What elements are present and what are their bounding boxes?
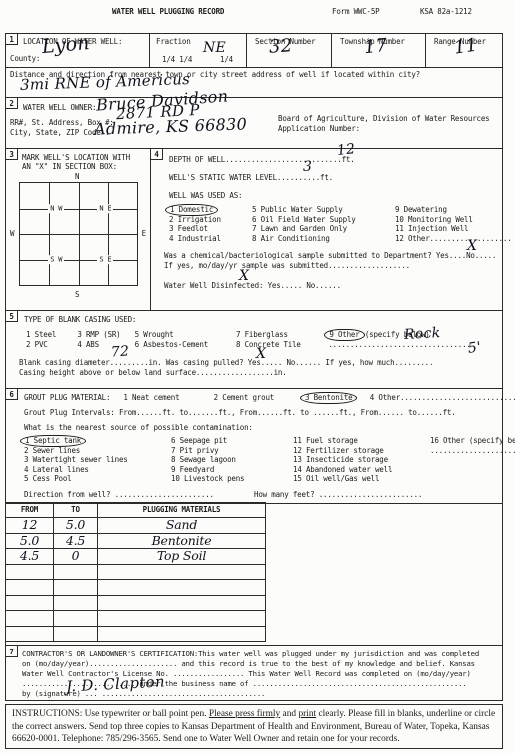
owner-label: WATER WELL OWNER: bbox=[23, 103, 96, 113]
casing-option: 6 Asbestos-Cement bbox=[135, 340, 232, 350]
casing-other-dots: ................................. bbox=[328, 340, 470, 349]
well-use-option: 2 Irrigation bbox=[169, 215, 252, 225]
casing-option: 1 Steel bbox=[26, 330, 73, 340]
section-6-number: 6 bbox=[6, 389, 18, 400]
plugging-materials-table: FROM TO PLUGGING MATERIALS 12 5.0 Sand 5… bbox=[5, 502, 266, 642]
form-statute: KSA 82a-1212 bbox=[420, 7, 472, 17]
signature-value: J. D. Clapton bbox=[66, 676, 165, 691]
contamination-other-dots: ........................ bbox=[430, 446, 515, 456]
contamination-option: 8 Sewage lagoon bbox=[171, 455, 293, 465]
section-number-value: 32 bbox=[269, 41, 293, 52]
to-cell bbox=[54, 595, 98, 611]
well-use-option: 1 Domestic bbox=[169, 205, 252, 215]
table-row: 4.5 0 Top Soil bbox=[6, 549, 266, 565]
to-cell bbox=[54, 580, 98, 596]
casing-diameter-value: 72 bbox=[111, 347, 130, 358]
from-cell: 4.5 bbox=[6, 549, 54, 565]
casing-options-row1: 1 Steel 3 RMP (SR) 5 Wrought 7 Fiberglas… bbox=[26, 330, 430, 340]
compass-east-label: E bbox=[142, 229, 146, 239]
contamination-option: 9 Feedyard bbox=[171, 465, 293, 475]
county-label: County: bbox=[10, 54, 40, 64]
casing-option: 8 Concrete Tile bbox=[236, 340, 324, 350]
casing-diameter-line: Blank casing diameter.........in. Was ca… bbox=[19, 358, 433, 368]
material-cell bbox=[98, 580, 266, 596]
compass-south-label: S bbox=[75, 290, 79, 300]
grout-option-bentonite-circled: 3 Bentonite bbox=[300, 392, 357, 404]
plugging-table-area: FROM TO PLUGGING MATERIALS 12 5.0 Sand 5… bbox=[5, 503, 503, 646]
well-use-option: 6 Oil Field Water Supply bbox=[252, 215, 395, 225]
table-row bbox=[6, 580, 266, 596]
table-header-from: FROM bbox=[6, 503, 54, 518]
material-cell bbox=[98, 626, 266, 642]
contamination-option: 2 Sewer lines bbox=[24, 446, 171, 456]
instructions-text-1: INSTRUCTIONS: Use typewriter or ball poi… bbox=[12, 709, 209, 719]
water-well-plugging-record-form: WATER WELL PLUGGING RECORD Form WWC-5P K… bbox=[0, 0, 515, 753]
contamination-option: 4 Lateral lines bbox=[24, 465, 171, 475]
grid-ne-label: N E bbox=[97, 204, 113, 214]
material-cell bbox=[98, 564, 266, 580]
fraction-post: 1/4 bbox=[220, 55, 233, 65]
section-3-number: 3 bbox=[6, 149, 18, 160]
from-cell bbox=[6, 595, 54, 611]
grout-option: 2 Cement grout bbox=[214, 393, 300, 403]
casing-pulled-amount-value: 5' bbox=[467, 343, 482, 354]
well-use-option: 7 Lawn and Garden Only bbox=[252, 224, 395, 234]
grid-se-label: S E bbox=[97, 255, 113, 265]
instructions-underline-2: print bbox=[298, 709, 316, 719]
from-cell: 5.0 bbox=[6, 533, 54, 549]
contamination-option: 3 Watertight sewer lines bbox=[24, 455, 171, 465]
disinfected-yes-x-mark: X bbox=[239, 272, 249, 282]
grid-sw-label: S W bbox=[48, 255, 64, 265]
certification-line-1: CONTRACTOR'S OR LANDOWNER'S CERTIFICATIO… bbox=[22, 649, 500, 659]
table-row bbox=[6, 611, 266, 627]
range-number-value: 11 bbox=[453, 40, 478, 53]
section-4-well-details: 4 DEPTH OF WELL.........................… bbox=[150, 148, 503, 311]
casing-option: 7 Fiberglass bbox=[236, 330, 324, 340]
well-use-option: 11 Injection Well bbox=[395, 224, 512, 234]
casing-height-line: Casing height above or below land surfac… bbox=[19, 368, 287, 378]
distance-value: 3mi RNE of Americus bbox=[20, 75, 190, 90]
form-number: Form WWC-5P bbox=[332, 7, 379, 17]
form-title: WATER WELL PLUGGING RECORD bbox=[112, 7, 224, 17]
section-1-location: 1 LOCATION OF WATER WELL: County: Lyon F… bbox=[5, 33, 503, 98]
grout-intervals-line: Grout Plug Intervals: From......ft. to..… bbox=[24, 408, 456, 418]
certification-line-2: on (mo/day/year)..................... an… bbox=[22, 659, 500, 669]
well-use-option: 4 Industrial bbox=[169, 234, 252, 244]
contamination-option: 10 Livestock pens bbox=[171, 474, 293, 484]
sample-no-x-mark: X bbox=[467, 242, 477, 252]
disinfected-label: Water Well Disinfected: Yes..... No.....… bbox=[164, 281, 341, 291]
compass-north-label: N bbox=[75, 172, 79, 182]
casing-title: TYPE OF BLANK CASING USED: bbox=[24, 315, 136, 325]
contamination-question: What is the nearest source of possible c… bbox=[24, 423, 253, 433]
section-1-number: 1 bbox=[6, 34, 18, 45]
section-grid: N W N E S W S E bbox=[19, 182, 138, 286]
well-use-options: 1 Domestic 2 Irrigation 3 Feedlot 4 Indu… bbox=[169, 205, 512, 243]
sample-question-line2: If yes, mo/day/yr sample was submitted..… bbox=[164, 261, 410, 271]
to-cell: 4.5 bbox=[54, 533, 98, 549]
distance-row: Distance and direction from nearest town… bbox=[6, 68, 502, 97]
casing-option-other-circled: 9 Other bbox=[324, 329, 364, 341]
section-7-number: 7 bbox=[6, 646, 18, 657]
section-2-number: 2 bbox=[6, 98, 18, 109]
casing-option: 5 Wrought bbox=[135, 330, 232, 340]
instructions-underline-1: Please press firmly bbox=[209, 709, 280, 719]
contamination-option: 15 Oil well/Gas well bbox=[293, 474, 430, 484]
section-number-cell: Section Number 32 bbox=[246, 34, 331, 67]
section-2-owner: 2 WATER WELL OWNER: Bruce Davidson RR#, … bbox=[5, 97, 503, 149]
table-row: 5.0 4.5 Bentonite bbox=[6, 533, 266, 549]
section-6-grout: 6 GROUT PLUG MATERIAL: 1 Neat cement 2 C… bbox=[5, 388, 503, 504]
well-use-option: 3 Feedlot bbox=[169, 224, 252, 234]
contamination-option: 6 Seepage pit bbox=[171, 436, 293, 446]
from-cell: 12 bbox=[6, 518, 54, 534]
fraction-value: NE bbox=[203, 44, 226, 54]
well-use-option: 12 Other................... bbox=[395, 234, 512, 244]
grout-option: 4 Other........................... bbox=[370, 393, 515, 402]
table-row bbox=[6, 564, 266, 580]
grout-material-label: GROUT PLUG MATERIAL: bbox=[24, 393, 119, 403]
casing-option: 2 PVC bbox=[26, 340, 73, 350]
material-cell: Sand bbox=[98, 518, 266, 534]
township-number-value: 17 bbox=[364, 41, 388, 53]
depth-of-well-value: 12 bbox=[337, 145, 356, 156]
fraction-pre: 1/4 1/4 bbox=[162, 55, 192, 65]
material-cell: Top Soil bbox=[98, 549, 266, 565]
material-cell bbox=[98, 595, 266, 611]
contamination-option: 12 Fertilizer storage bbox=[293, 446, 430, 456]
material-cell: Bentonite bbox=[98, 533, 266, 549]
well-used-as-label: WELL WAS USED AS: bbox=[169, 191, 242, 201]
table-row bbox=[6, 626, 266, 642]
contamination-option: 14 Abandoned water well bbox=[293, 465, 430, 475]
fraction-cell: Fraction 1/4 1/4 NE 1/4 bbox=[149, 34, 246, 67]
section-7-certification: 7 CONTRACTOR'S OR LANDOWNER'S CERTIFICAT… bbox=[5, 645, 503, 701]
how-many-feet-question: How many feet? ........................ bbox=[254, 490, 422, 500]
well-use-option: 9 Dewatering bbox=[395, 205, 512, 215]
contamination-option: 1 Septic tank bbox=[24, 436, 171, 446]
fraction-label: Fraction bbox=[156, 37, 191, 47]
range-number-cell: Range Number 11 bbox=[425, 34, 502, 67]
contamination-option: 7 Pit privy bbox=[171, 446, 293, 456]
mark-well-title-2: AN "X" IN SECTION BOX: bbox=[22, 162, 117, 172]
contamination-option: 11 Fuel storage bbox=[293, 436, 430, 446]
application-number-label: Application Number: bbox=[278, 124, 360, 134]
casing-other-value: Rock bbox=[404, 329, 441, 340]
table-row bbox=[6, 595, 266, 611]
table-header-to: TO bbox=[54, 503, 98, 518]
from-cell bbox=[6, 626, 54, 642]
grout-option: 1 Neat cement bbox=[123, 393, 209, 403]
to-cell bbox=[54, 626, 98, 642]
contamination-option: 5 Cess Pool bbox=[24, 474, 171, 484]
county-value: Lyon bbox=[42, 39, 91, 53]
section-5-number: 5 bbox=[6, 311, 18, 322]
grout-material-row: GROUT PLUG MATERIAL: 1 Neat cement 2 Cem… bbox=[24, 393, 515, 403]
contamination-options: 1 Septic tank 2 Sewer lines 3 Watertight… bbox=[24, 436, 515, 484]
grid-nw-label: N W bbox=[48, 204, 64, 214]
casing-option: 3 RMP (SR) bbox=[77, 330, 130, 340]
agency-label: Board of Agriculture, Division of Water … bbox=[278, 114, 489, 124]
well-use-option: 5 Public Water Supply bbox=[252, 205, 395, 215]
from-cell bbox=[6, 564, 54, 580]
section-4-number: 4 bbox=[151, 149, 163, 160]
from-cell bbox=[6, 611, 54, 627]
township-number-cell: Township Number 17 bbox=[331, 34, 425, 67]
contamination-option: 13 Insecticide storage bbox=[293, 455, 430, 465]
compass-west-label: W bbox=[10, 229, 14, 239]
contamination-septic-circled: 1 Septic tank bbox=[20, 435, 86, 447]
well-use-option: 8 Air Conditioning bbox=[252, 234, 395, 244]
instructions-text-2: and bbox=[280, 709, 298, 719]
to-cell: 5.0 bbox=[54, 518, 98, 534]
depth-of-well-label: DEPTH OF WELL...........................… bbox=[169, 155, 355, 165]
direction-from-well-question: Direction from well? ...................… bbox=[24, 490, 214, 500]
contamination-option: 16 Other (specify below) bbox=[430, 436, 515, 446]
table-header-materials: PLUGGING MATERIALS bbox=[98, 503, 266, 518]
well-use-domestic-circled: 1 Domestic bbox=[165, 204, 218, 216]
material-cell bbox=[98, 611, 266, 627]
table-row: 12 5.0 Sand bbox=[6, 518, 266, 534]
to-cell bbox=[54, 611, 98, 627]
from-cell bbox=[6, 580, 54, 596]
section-3-location-grid: 3 MARK WELL'S LOCATION WITH AN "X" IN SE… bbox=[5, 148, 151, 311]
city-value: Admire, KS 66830 bbox=[94, 119, 247, 134]
static-water-level-value: 3 bbox=[303, 163, 312, 173]
section-5-casing: 5 TYPE OF BLANK CASING USED: 1 Steel 3 R… bbox=[5, 310, 503, 389]
well-use-option: 10 Monitoring Well bbox=[395, 215, 512, 225]
casing-pulled-yes-x-mark: X bbox=[256, 350, 266, 360]
to-cell bbox=[54, 564, 98, 580]
location-cell: 1 LOCATION OF WATER WELL: County: Lyon bbox=[6, 34, 149, 67]
instructions-box: INSTRUCTIONS: Use typewriter or ball poi… bbox=[5, 704, 503, 749]
sample-question-line1: Was a chemical/bacteriological sample su… bbox=[164, 251, 496, 261]
to-cell: 0 bbox=[54, 549, 98, 565]
